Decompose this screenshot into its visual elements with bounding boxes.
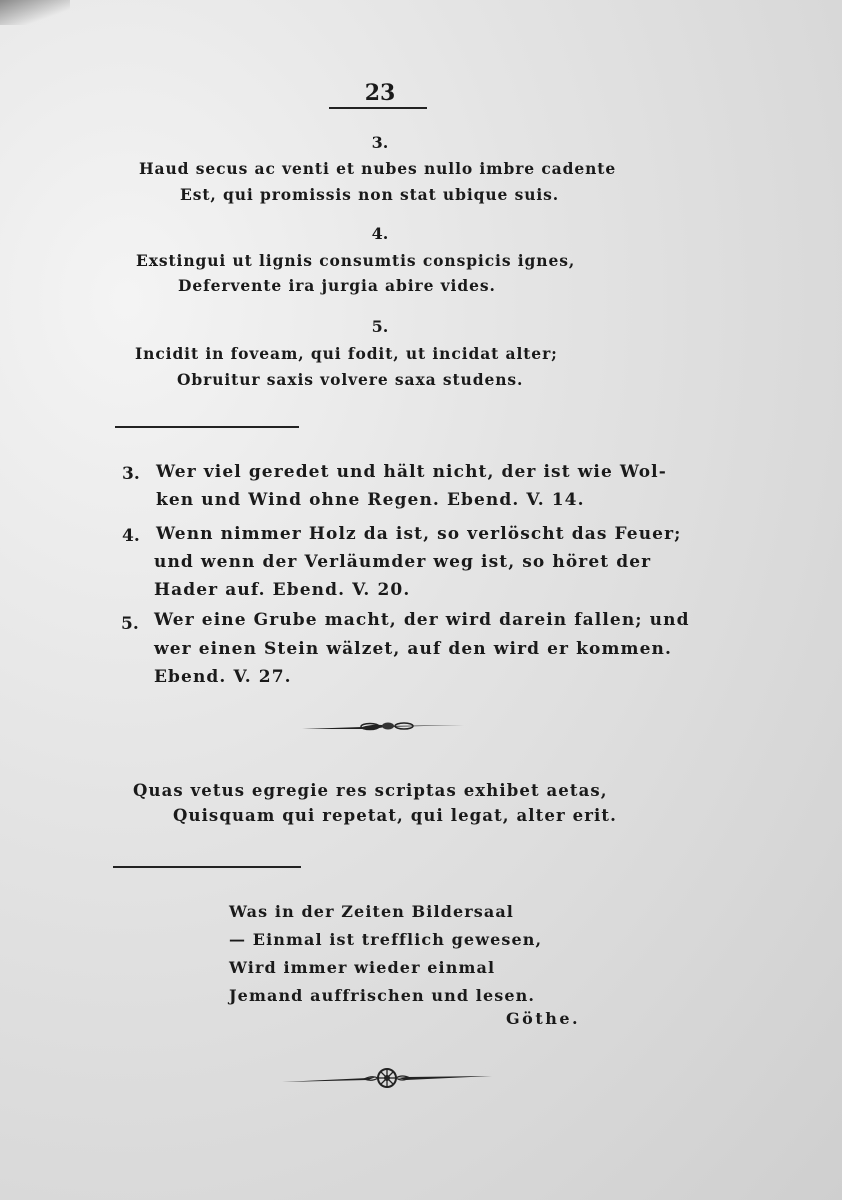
note-line: Hader auf. Ebend. V. 20. — [154, 580, 410, 600]
page-number: 23 — [0, 80, 760, 106]
note-line: Ebend. V. 27. — [154, 667, 292, 687]
poem-line: Jemand auffrischen und lesen. — [229, 986, 535, 1005]
page-corner-shadow — [0, 0, 70, 25]
verse-number: 5. — [0, 317, 760, 336]
verse-number: 3. — [0, 133, 760, 152]
verse-number: 4. — [0, 224, 760, 243]
rosette-ornament-icon — [280, 1066, 494, 1090]
poem-author: Göthe. — [506, 1009, 580, 1028]
note-line: Wer eine Grube macht, der wird darein fa… — [154, 610, 690, 630]
section-rule — [113, 866, 301, 868]
poem-line: Was in der Zeiten Bildersaal — [229, 902, 514, 921]
note-line: Wer viel geredet und hält nicht, der ist… — [156, 462, 667, 482]
closing-line: Quas vetus egregie res scriptas exhibet … — [133, 781, 608, 800]
ornament-divider-icon — [300, 716, 466, 736]
note-number: 5. — [121, 614, 139, 634]
note-line: und wenn der Verläumder weg ist, so höre… — [154, 552, 651, 572]
verse-line: Obruitur saxis volvere saxa studens. — [177, 370, 523, 389]
note-number: 4. — [122, 526, 140, 546]
note-line: ken und Wind ohne Regen. Ebend. V. 14. — [156, 490, 585, 510]
closing-line: Quisquam qui repetat, qui legat, alter e… — [173, 806, 617, 825]
verse-line: Defervente ira jurgia abire vides. — [178, 276, 496, 295]
poem-line: — Einmal ist trefflich gewesen, — [229, 930, 542, 949]
section-rule — [115, 426, 299, 428]
note-number: 3. — [122, 464, 140, 484]
note-line: wer einen Stein wälzet, auf den wird er … — [154, 639, 672, 659]
verse-line: Exstingui ut lignis consumtis conspicis … — [136, 251, 575, 270]
poem-line: Wird immer wieder einmal — [229, 958, 495, 977]
verse-line: Est, qui promissis non stat ubique suis. — [180, 185, 559, 204]
note-line: Wenn nimmer Holz da ist, so verlöscht da… — [156, 524, 682, 544]
verse-line: Haud secus ac venti et nubes nullo imbre… — [139, 159, 616, 178]
page-number-rule — [329, 107, 427, 109]
verse-line: Incidit in foveam, qui fodit, ut incidat… — [135, 344, 558, 363]
